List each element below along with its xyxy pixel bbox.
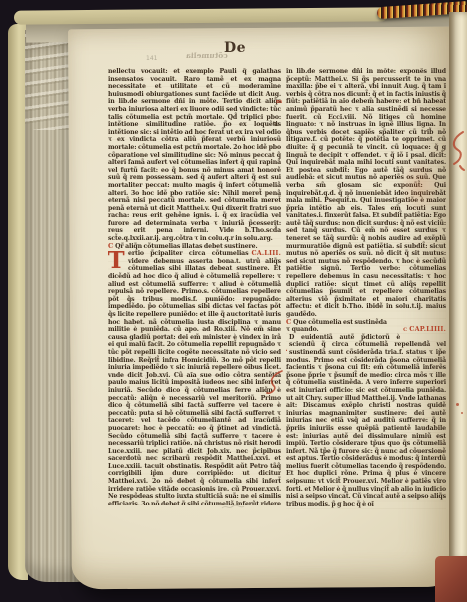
red-lombard-initial-T: T	[108, 250, 126, 271]
facing-page-gutter-sliver	[449, 12, 467, 560]
right-paragraph-2: D euidentiã autẽ p̃dictorũ è sciendũ q̃ …	[286, 334, 446, 508]
chapter-54-paragraph: AD euidentiã autẽ p̃dictorũ è sciendũ q̃…	[286, 334, 446, 509]
initial-a-flourish-icon	[266, 370, 284, 396]
small-red-mark-icon: C	[403, 327, 407, 333]
right-rubric-line-2: C CAP.LIIII.τ quando.	[286, 326, 446, 334]
red-marginal-note: m	[276, 99, 282, 105]
red-ink-dot	[461, 412, 463, 414]
left-rubric-text: Qr̃ aliq̃n cõtumelias illatas debet sust…	[115, 243, 257, 250]
pencil-scribble	[221, 503, 245, 511]
right-rubric-text-1: Que cõtumelia est sustinẽda	[293, 319, 387, 326]
showthrough-running-title: cõtumelia	[186, 51, 228, 60]
red-ink-stain	[398, 158, 440, 214]
foxing-stain	[118, 300, 178, 390]
red-ink-dot	[456, 403, 459, 406]
black-marginal-note: q;	[273, 121, 279, 127]
photo-of-open-book: cõtumelia De 141 nellectu vocauit: et ex…	[0, 0, 467, 602]
red-lombard-initial-A: A	[286, 334, 287, 353]
chapter-54-label: CAP.LIIII.	[409, 325, 446, 333]
red-ink-flourish-icon	[449, 130, 467, 172]
chapter-54-number: C CAP.LIIII.	[400, 326, 446, 335]
running-header: De	[224, 40, 246, 56]
right-text-column: in lib.de sermone dñi in mõte: exponẽs i…	[286, 68, 446, 509]
pencil-folio-number: 141	[146, 55, 157, 62]
left-paragraph-1: nellectu vocauit: et exemplo Pauli q̃ ga…	[108, 68, 281, 242]
chapter-53-number: CA.LIII.	[248, 250, 281, 258]
left-text-column: nellectu vocauit: et exemplo Pauli q̃ ga…	[108, 68, 281, 505]
red-leather-cover-corner	[435, 556, 467, 602]
right-rubric-text-2: τ quando.	[286, 326, 319, 333]
